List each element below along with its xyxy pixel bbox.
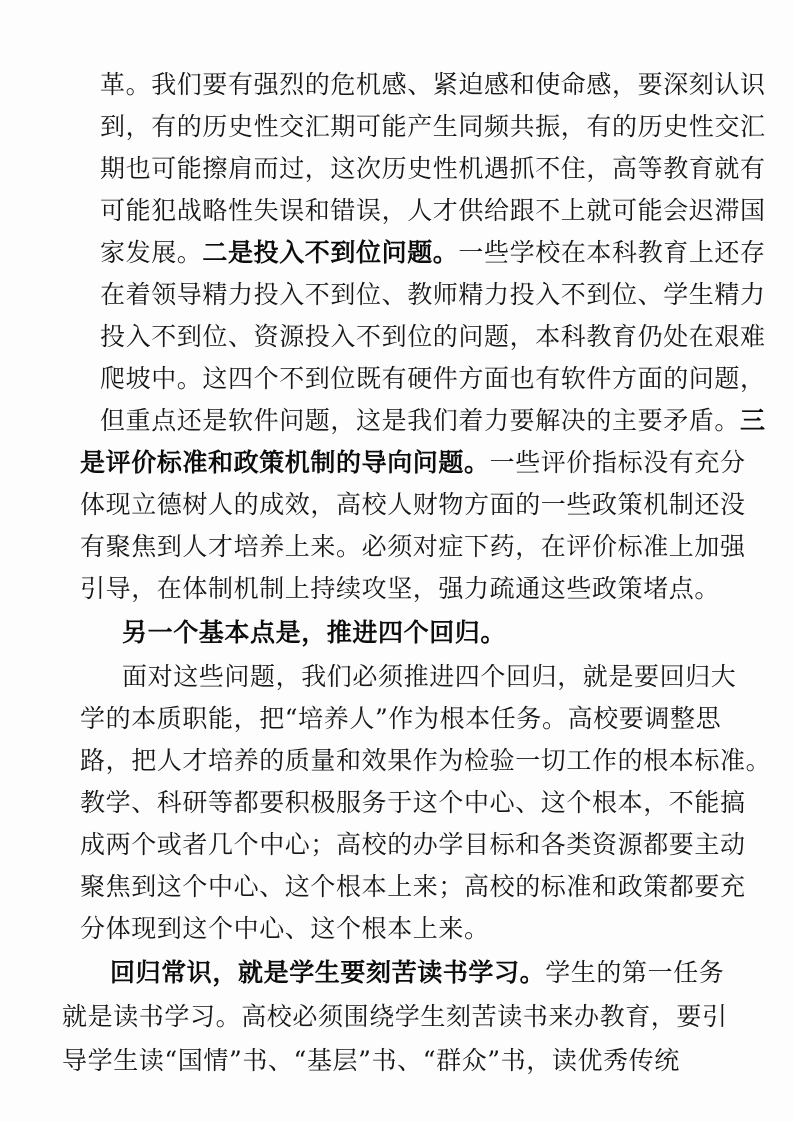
bold-heading-segment: 另一个基本点是，推进四个回归。	[122, 618, 506, 647]
text-segment: 但重点还是软件问题，这是我们着力要解决的主要矛盾。	[100, 406, 740, 435]
text-segment: 就是读书学习。高校必须围绕学生刻苦读书来办教育，要引	[62, 1002, 728, 1031]
text-segment: 学生的第一任务	[545, 958, 724, 987]
text-line-7: 投入不到位、资源投入不到位的问题，本科教育仍处在艰难	[100, 316, 700, 358]
text-segment: 爬坡中。这四个不到位既有硬件方面也有软件方面的问题，	[100, 364, 766, 393]
text-segment: 聚焦到这个中心、这个根本上来；高校的标准和政策都要充	[80, 872, 746, 901]
text-segment: 教学、科研等都要积极服务于这个中心、这个根本，不能搞	[80, 788, 746, 817]
text-line-10: 是评价标准和政策机制的导向问题。一些评价指标没有充分	[80, 442, 700, 484]
text-line-11: 体现立德树人的成效，高校人财物方面的一些政策机制还没	[80, 484, 700, 526]
text-line-8: 爬坡中。这四个不到位既有硬件方面也有软件方面的问题，	[100, 358, 700, 400]
text-segment: 投入不到位、资源投入不到位的问题，本科教育仍处在艰难	[100, 322, 766, 351]
text-line-17: 路，把人才培养的质量和效果作为检验一切工作的根本标准。	[80, 740, 700, 782]
text-segment: 体现立德树人的成效，高校人财物方面的一些政策机制还没	[80, 490, 746, 519]
text-line-19: 成两个或者几个中心；高校的办学目标和各类资源都要主动	[80, 824, 700, 866]
text-line-9: 但重点还是软件问题，这是我们着力要解决的主要矛盾。三	[100, 400, 700, 442]
text-segment: 到，有的历史性交汇期可能产生同频共振，有的历史性交汇	[100, 112, 766, 141]
section-heading: 另一个基本点是，推进四个回归。	[122, 612, 677, 654]
text-segment: 可能犯战略性失误和错误，人才供给跟不上就可能会迟滞国	[100, 196, 766, 225]
text-line-18: 教学、科研等都要积极服务于这个中心、这个根本，不能搞	[80, 782, 700, 824]
text-segment: 有聚焦到人才培养上来。必须对症下药，在评价标准上加强	[80, 532, 746, 561]
text-segment: 一些评价指标没有充分	[490, 448, 746, 477]
text-segment: 路，把人才培养的质量和效果作为检验一切工作的根本标准。	[80, 746, 771, 775]
text-line-4: 可能犯战略性失误和错误，人才供给跟不上就可能会迟滞国	[100, 190, 700, 232]
text-line-12: 有聚焦到人才培养上来。必须对症下药，在评价标准上加强	[80, 526, 700, 568]
bold-heading-segment: 二是投入不到位问题。	[202, 238, 458, 267]
text-line-15: 面对这些问题，我们必须推进四个回归，就是要回归大	[122, 656, 677, 698]
text-segment: 学的本质职能，把“培养人”作为根本任务。高校要调整思	[80, 704, 721, 733]
text-segment: 导学生读“国情”书、“基层”书、“群众”书，读优秀传统	[62, 1046, 680, 1075]
scanned-document-page: 革。我们要有强烈的危机感、紧迫感和使命感，要深刻认识 到，有的历史性交汇期可能产…	[0, 0, 793, 1122]
text-segment: 家发展。	[100, 238, 202, 267]
text-line-16: 学的本质职能，把“培养人”作为根本任务。高校要调整思	[80, 698, 700, 740]
text-segment: 分体现到这个中心、这个根本上来。	[80, 914, 490, 943]
bold-heading-segment: 三	[740, 406, 766, 435]
text-line-6: 在着领导精力投入不到位、教师精力投入不到位、学生精力	[100, 274, 700, 316]
text-line-24: 导学生读“国情”书、“基层”书、“群众”书，读优秀传统	[62, 1040, 682, 1082]
text-line-23: 就是读书学习。高校必须围绕学生刻苦读书来办教育，要引	[62, 996, 682, 1038]
text-line-2: 到，有的历史性交汇期可能产生同频共振，有的历史性交汇	[100, 106, 700, 148]
text-segment: 成两个或者几个中心；高校的办学目标和各类资源都要主动	[80, 830, 746, 859]
text-line-5: 家发展。二是投入不到位问题。一些学校在本科教育上还存	[100, 232, 700, 274]
text-segment: 引导，在体制机制上持续攻坚，强力疏通这些政策堵点。	[80, 574, 720, 603]
text-segment: 期也可能擦肩而过，这次历史性机遇抓不住，高等教育就有	[100, 154, 766, 183]
text-segment: 在着领导精力投入不到位、教师精力投入不到位、学生精力	[100, 280, 766, 309]
text-line-1: 革。我们要有强烈的危机感、紧迫感和使命感，要深刻认识	[100, 64, 700, 106]
text-segment: 革。我们要有强烈的危机感、紧迫感和使命感，要深刻认识	[100, 70, 766, 99]
bold-heading-segment: 是评价标准和政策机制的导向问题。	[80, 448, 490, 477]
text-line-22: 回归常识，就是学生要刻苦读书学习。学生的第一任务	[110, 952, 665, 994]
text-line-21: 分体现到这个中心、这个根本上来。	[80, 908, 700, 950]
text-line-20: 聚焦到这个中心、这个根本上来；高校的标准和政策都要充	[80, 866, 700, 908]
bold-heading-segment: 回归常识，就是学生要刻苦读书学习。	[110, 958, 545, 987]
text-segment: 面对这些问题，我们必须推进四个回归，就是要回归大	[122, 662, 736, 691]
text-line-13: 引导，在体制机制上持续攻坚，强力疏通这些政策堵点。	[80, 568, 700, 610]
text-line-3: 期也可能擦肩而过，这次历史性机遇抓不住，高等教育就有	[100, 148, 700, 190]
text-segment: 一些学校在本科教育上还存	[458, 238, 765, 267]
